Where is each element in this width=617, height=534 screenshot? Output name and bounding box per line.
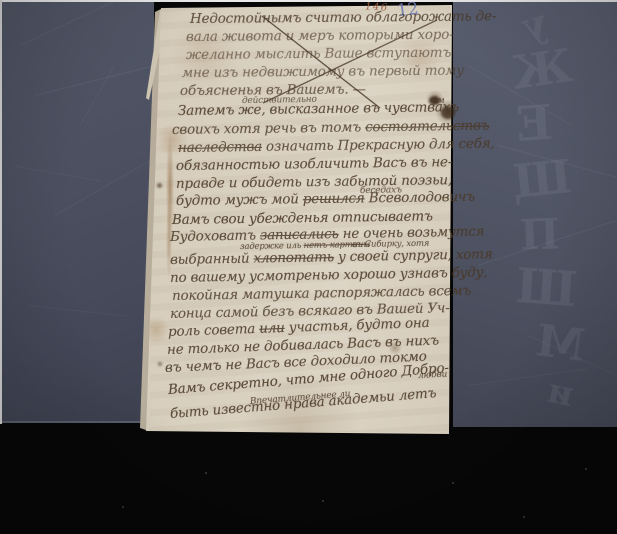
handwritten-text: означать Прекрасную для себя, — [262, 136, 495, 155]
handwritten-text: Затемъ же, высказанное въ чувствахъ — [178, 99, 459, 119]
handwritten-text: желанно мыслить Ваше вступаютъ — [186, 45, 451, 63]
handwritten-text: у своей супруги, хотя — [334, 246, 493, 265]
struck-text: хлопотать — [253, 249, 334, 266]
margin-speck — [157, 183, 162, 188]
handwritten-text: будто мужъ мой — [176, 191, 303, 209]
manuscript-line: мне изъ недвижимому въ первый тому — [182, 63, 464, 81]
manuscript-text-layer: 146 12 Недостойнымъ считаю облагорожать … — [0, 0, 617, 534]
manuscript-line: наследства означать Прекрасную для себя, — [178, 136, 495, 156]
handwritten-text: своихъ хотя речь въ томъ — [172, 119, 365, 138]
struck-text: состоятельствъ — [365, 118, 489, 136]
handwritten-text: выбранный — [170, 251, 254, 268]
manuscript-photograph: уЖЕЩПШМи 146 12 Недостойнымъ считаю обла… — [0, 0, 617, 534]
manuscript-line: обязанностью изобличить Васъ въ не- — [176, 154, 452, 174]
handwritten-text: мне изъ недвижимому въ первый тому — [182, 63, 464, 81]
manuscript-line: Недостойнымъ считаю облагорожать де- — [190, 8, 496, 27]
manuscript-line: желанно мыслить Ваше вступаютъ — [186, 45, 451, 63]
handwritten-text: роль совета — [168, 321, 260, 340]
struck-text: решился — [303, 190, 365, 207]
manuscript-line: своихъ хотя речь въ томъ состоятельствъ — [172, 118, 490, 138]
handwritten-text: обязанностью изобличить Васъ въ не- — [176, 154, 452, 174]
handwritten-text: вала живота и меръ которыми хоро- — [186, 27, 454, 45]
manuscript-line: Затемъ же, высказанное въ чувствахъ — [178, 99, 459, 119]
handwritten-text: Недостойнымъ считаю облагорожать де- — [190, 8, 496, 27]
struck-text: наследства — [178, 139, 262, 156]
manuscript-line: будто мужъ мой решился Всеволодовичъ — [176, 189, 475, 209]
struck-text: или — [259, 320, 285, 337]
margin-speck — [158, 362, 162, 366]
handwritten-text: Всеволодовичъ — [364, 189, 475, 207]
manuscript-line: вала живота и меръ которыми хоро- — [186, 27, 454, 45]
